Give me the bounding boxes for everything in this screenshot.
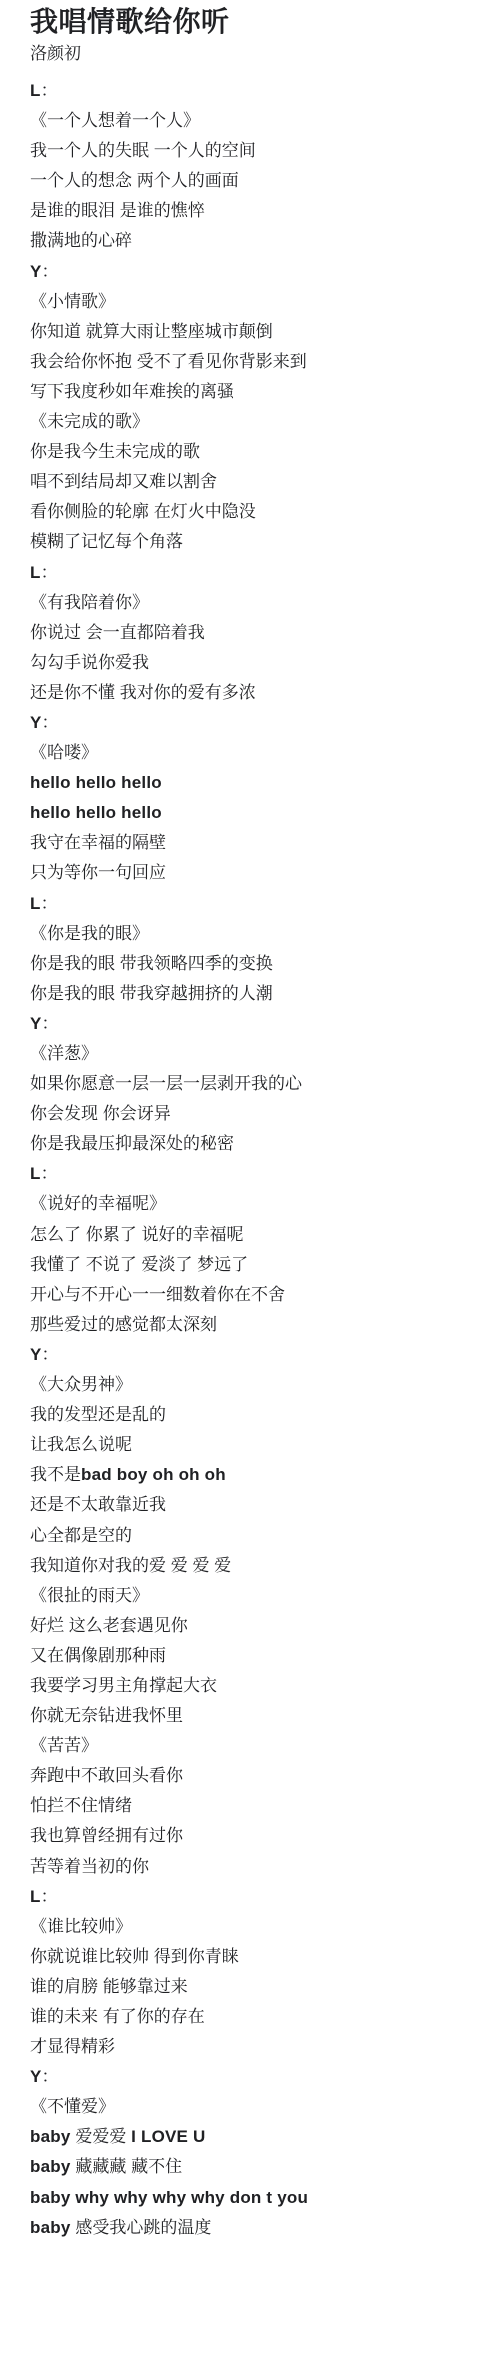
lyric-line: 一个人的想念 两个人的画面 <box>30 166 484 196</box>
lyric-line: 《大众男神》 <box>30 1370 484 1400</box>
latin-text: bad boy oh oh oh <box>81 1465 226 1484</box>
latin-text: L <box>30 1164 41 1183</box>
lyric-line: 我一个人的失眠 一个人的空间 <box>30 136 484 166</box>
latin-text: hello hello hello <box>30 803 162 822</box>
lyric-line: 你会发现 你会讶异 <box>30 1099 484 1129</box>
page-title: 我唱情歌给你听 <box>30 4 484 40</box>
lyric-line: 那些爱过的感觉都太深刻 <box>30 1310 484 1340</box>
lyric-line: 我守在幸福的隔壁 <box>30 828 484 858</box>
lyric-line: 你是我的眼 带我领略四季的变换 <box>30 949 484 979</box>
lyric-line: 怎么了 你累了 说好的幸福呢 <box>30 1220 484 1250</box>
lyric-line: Y： <box>30 1009 484 1039</box>
lyric-line: 勾勾手说你爱我 <box>30 648 484 678</box>
lyric-line: Y： <box>30 708 484 738</box>
lyric-line: Y： <box>30 257 484 287</box>
lyric-line: 《洋葱》 <box>30 1039 484 1069</box>
lyric-line: 谁的肩膀 能够靠过来 <box>30 1972 484 2002</box>
lyric-line: 你就说谁比较帅 得到你青睐 <box>30 1942 484 1972</box>
lyric-line: 还是你不懂 我对你的爱有多浓 <box>30 678 484 708</box>
lyric-line: L： <box>30 558 484 588</box>
lyric-line: 模糊了记忆每个角落 <box>30 527 484 557</box>
lyric-line: 只为等你一句回应 <box>30 858 484 888</box>
lyric-line: 开心与不开心一一细数着你在不舍 <box>30 1280 484 1310</box>
lyric-line: baby why why why why don t you <box>30 2183 484 2213</box>
lyric-line: 又在偶像剧那种雨 <box>30 1641 484 1671</box>
lyric-line: 《一个人想着一个人》 <box>30 106 484 136</box>
latin-text: hello hello hello <box>30 773 162 792</box>
lyric-line: 你是我今生未完成的歌 <box>30 437 484 467</box>
latin-text: baby <box>30 2218 75 2237</box>
lyric-line: 如果你愿意一层一层一层剥开我的心 <box>30 1069 484 1099</box>
lyric-line: 我会给你怀抱 受不了看见你背影来到 <box>30 347 484 377</box>
lyric-line: 好烂 这么老套遇见你 <box>30 1611 484 1641</box>
lyric-line: 还是不太敢靠近我 <box>30 1490 484 1520</box>
latin-text: L <box>30 1887 41 1906</box>
lyric-line: L： <box>30 889 484 919</box>
lyrics-page: 我唱情歌给你听 洛颜初 L：《一个人想着一个人》我一个人的失眠 一个人的空间一个… <box>0 0 500 2243</box>
lyric-line: 《小情歌》 <box>30 287 484 317</box>
lyric-line: L： <box>30 1159 484 1189</box>
lyric-line: 奔跑中不敢回头看你 <box>30 1761 484 1791</box>
lyric-line: 看你侧脸的轮廓 在灯火中隐没 <box>30 497 484 527</box>
lyric-line: 我知道你对我的爱 爱 爱 爱 <box>30 1551 484 1581</box>
lyric-line: 《很扯的雨天》 <box>30 1581 484 1611</box>
lyric-line: 心全都是空的 <box>30 1521 484 1551</box>
latin-text: L <box>30 563 41 582</box>
lyric-line: 是谁的眼泪 是谁的憔悴 <box>30 196 484 226</box>
latin-text: L <box>30 894 41 913</box>
lyric-line: 你知道 就算大雨让整座城市颠倒 <box>30 317 484 347</box>
latin-text: Y <box>30 262 42 281</box>
lyric-line: L： <box>30 1882 484 1912</box>
lyric-line: 我懂了 不说了 爱淡了 梦远了 <box>30 1250 484 1280</box>
lyric-line: hello hello hello <box>30 798 484 828</box>
lyric-line: 《不懂爱》 <box>30 2092 484 2122</box>
lyric-line: 苦等着当初的你 <box>30 1852 484 1882</box>
lyric-line: 撒满地的心碎 <box>30 226 484 256</box>
lyric-line: 我的发型还是乱的 <box>30 1400 484 1430</box>
latin-text: Y <box>30 713 42 732</box>
lyric-line: 《谁比较帅》 <box>30 1912 484 1942</box>
latin-text: Y <box>30 2067 42 2086</box>
lyric-line: Y： <box>30 2062 484 2092</box>
latin-text: I LOVE U <box>131 2127 205 2146</box>
lyric-line: 我不是bad boy oh oh oh <box>30 1460 484 1490</box>
lyric-line: 谁的未来 有了你的存在 <box>30 2002 484 2032</box>
lyric-line: 写下我度秒如年难挨的离骚 <box>30 377 484 407</box>
latin-text: baby <box>30 2157 75 2176</box>
lyric-line: baby 感受我心跳的温度 <box>30 2213 484 2243</box>
lyrics-body: L：《一个人想着一个人》我一个人的失眠 一个人的空间一个人的想念 两个人的画面是… <box>30 76 484 2243</box>
lyric-line: 《有我陪着你》 <box>30 588 484 618</box>
latin-text: baby why why why why don t you <box>30 2188 308 2207</box>
latin-text: baby <box>30 2127 75 2146</box>
lyric-line: 让我怎么说呢 <box>30 1430 484 1460</box>
lyric-line: 才显得精彩 <box>30 2032 484 2062</box>
lyric-line: 唱不到结局却又难以割舍 <box>30 467 484 497</box>
lyric-line: 《未完成的歌》 <box>30 407 484 437</box>
lyric-line: 你说过 会一直都陪着我 <box>30 618 484 648</box>
lyric-line: 你是我最压抑最深处的秘密 <box>30 1129 484 1159</box>
latin-text: L <box>30 81 41 100</box>
lyric-line: 你是我的眼 带我穿越拥挤的人潮 <box>30 979 484 1009</box>
lyric-line: L： <box>30 76 484 106</box>
lyric-line: hello hello hello <box>30 768 484 798</box>
lyric-line: baby 爱爱爱 I LOVE U <box>30 2122 484 2152</box>
lyric-line: 我要学习男主角撑起大衣 <box>30 1671 484 1701</box>
latin-text: Y <box>30 1014 42 1033</box>
latin-text: Y <box>30 1345 42 1364</box>
lyric-line: 《哈喽》 <box>30 738 484 768</box>
lyric-line: 《说好的幸福呢》 <box>30 1189 484 1219</box>
artist-name: 洛颜初 <box>30 43 484 65</box>
lyric-line: baby 藏藏藏 藏不住 <box>30 2152 484 2182</box>
lyric-line: 你就无奈钻进我怀里 <box>30 1701 484 1731</box>
lyric-line: 《你是我的眼》 <box>30 919 484 949</box>
lyric-line: Y： <box>30 1340 484 1370</box>
lyric-line: 怕拦不住情绪 <box>30 1791 484 1821</box>
lyric-line: 我也算曾经拥有过你 <box>30 1821 484 1851</box>
lyric-line: 《苦苦》 <box>30 1731 484 1761</box>
